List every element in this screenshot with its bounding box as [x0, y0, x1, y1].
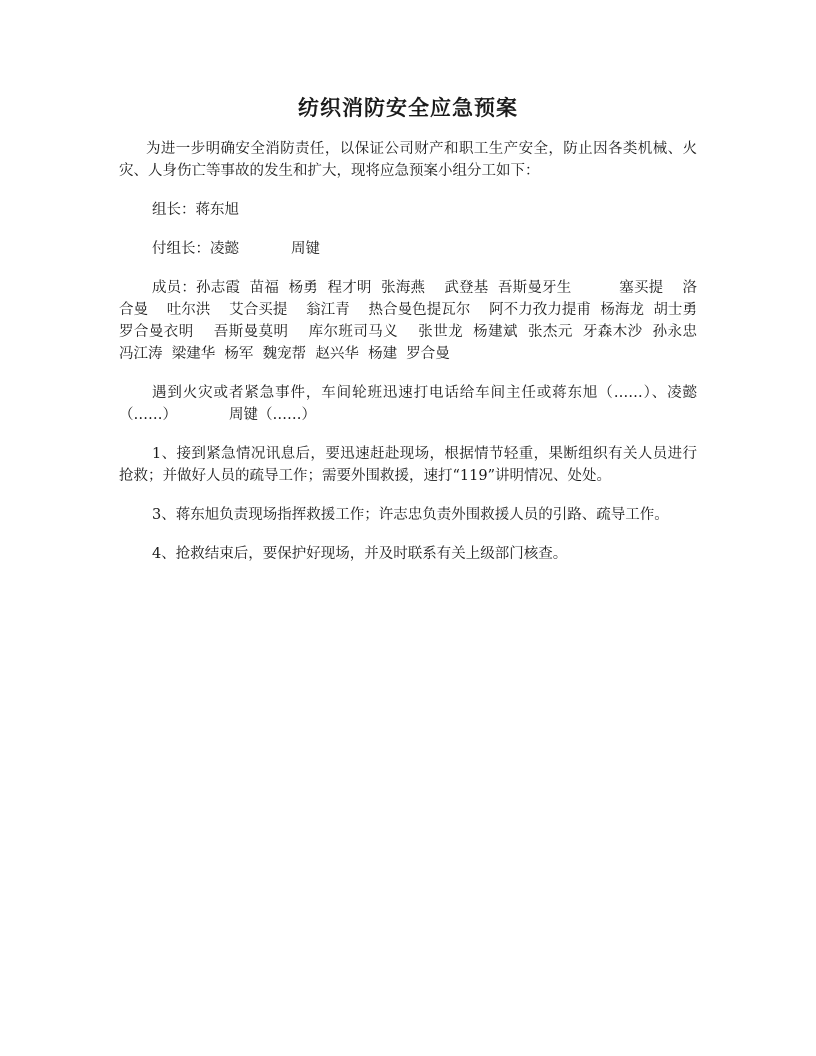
- members-paragraph: 成员：孙志霞 苗福 杨勇 程才明 张海燕 武登基 吾斯曼牙生 塞买提 洛合曼 吐…: [119, 277, 697, 365]
- deputy-second: 周键: [291, 241, 320, 257]
- emergency-contact-text: 遇到火灾或者紧急事件，车间轮班迅速打电话给车间主任或蒋东旭（……）、凌懿（……）: [119, 385, 697, 423]
- deputy-line: 付组长：凌懿周键: [119, 238, 697, 260]
- item-1: 1、接到紧急情况讯息后，要迅速赶赴现场，根据情节轻重，果断组织有关人员进行抢救；…: [119, 443, 697, 487]
- document-title: 纺织消防安全应急预案: [119, 92, 697, 122]
- leader-line: 组长：蒋东旭: [119, 199, 697, 221]
- emergency-contact-paragraph: 遇到火灾或者紧急事件，车间轮班迅速打电话给车间主任或蒋东旭（……）、凌懿（……）…: [119, 382, 697, 426]
- item-3: 3、蒋东旭负责现场指挥救援工作；许志忠负责外围救援人员的引路、疏导工作。: [119, 504, 697, 526]
- document-page: 纺织消防安全应急预案 为进一步明确安全消防责任，以保证公司财产和职工生产安全，防…: [119, 92, 697, 582]
- item-4: 4、抢救结束后，要保护好现场，并及时联系有关上级部门核查。: [119, 543, 697, 565]
- deputy-label: 付组长：凌懿: [152, 241, 239, 257]
- emergency-contact-second: 周键（……）: [229, 407, 316, 423]
- intro-paragraph: 为进一步明确安全消防责任，以保证公司财产和职工生产安全，防止因各类机械、火灾、人…: [119, 138, 697, 182]
